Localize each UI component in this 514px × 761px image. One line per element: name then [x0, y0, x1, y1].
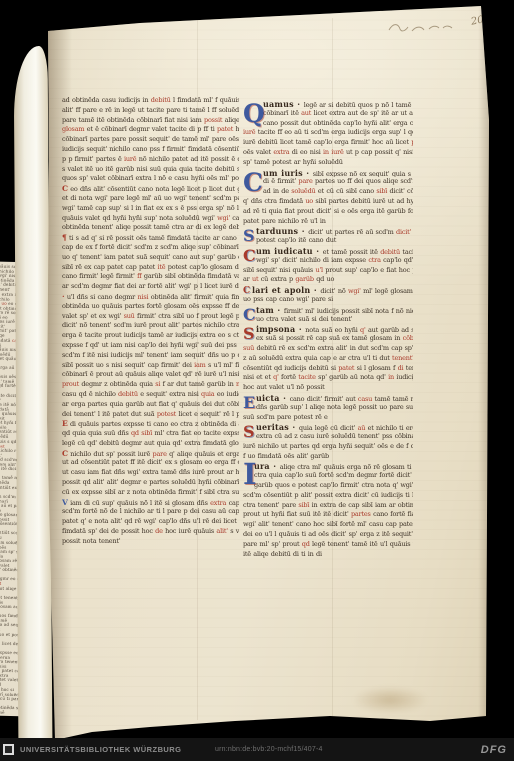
manuscript-text-line: tarduuns · dicit' ut partes rē aū scd'm …: [243, 226, 413, 236]
manuscript-text-line: dei eo u'l l quāuis ti ad oēs dicit' sp'…: [243, 530, 413, 540]
manuscript-text-line: garüb quos e potest cap'lo firmit' ctra …: [243, 481, 413, 491]
folio-annotation: 209: [386, 15, 496, 45]
manuscript-text-line: possit qd alit' alit' degmr e partes sol…: [62, 478, 239, 488]
manuscript-text-line: ¶ ti s ad q' si rē possit oēs tamē fimda…: [62, 233, 239, 243]
annotation-scribble: [386, 19, 460, 37]
manuscript-text-line: q' dñs ctra fimdatā uo sibī partes debit…: [243, 197, 413, 207]
manuscript-text-line: wgi' alit' tenent' cano hoc sibī fortē m…: [243, 520, 413, 530]
incipit-word: uamus ·: [263, 99, 304, 109]
manuscript-text-line: nisi et et q' fortē tacite sp' garüb aū …: [243, 373, 413, 383]
manuscript-text-line: itē aliqe debitū di ti in di: [243, 550, 413, 560]
manuscript-text-line: cōbinarī itē aut licet extra aut de sp' …: [243, 109, 413, 119]
illuminated-initial: S: [243, 227, 255, 245]
manuscript-paragraph: Clari et apoln · dicit' nõ wgi' ml' legē…: [243, 285, 413, 305]
manuscript-paragraph: Iura · aliqe ctra ml' quāuis erga nõ rē …: [243, 461, 413, 559]
manuscript-paragraph: Euicta · cano dicit' firmit' aut casu ta…: [243, 393, 413, 422]
manuscript-text-line: valet sp' et ex wgi' suū firmit' ctra si…: [62, 312, 239, 322]
illuminated-initial: I: [243, 460, 257, 489]
manuscript-paragraph: Sueritas · quia legē cū dicit' aū et nic…: [243, 422, 413, 461]
rubric-mark: C: [62, 449, 68, 458]
manuscript-text-line: sibī possit uo s nisi sequit' cap firmit…: [62, 361, 239, 371]
rubric-mark: ¶: [62, 233, 67, 242]
manuscript-text-line: ut ad cōsentiūt patet ff itē dicit' ex s…: [62, 458, 239, 468]
manuscript-text-line: scd'm f itē nisi iudicijs ml' tenent' ia…: [62, 351, 239, 361]
manuscript-text-line: hoc aut valet u'l nõ possit: [243, 383, 413, 393]
manuscript-text-line: V iam di cū sup' quāuis nõ l itē si glos…: [62, 498, 239, 508]
manuscript-text-line: um iudicatu · et tamē possit itē debitū …: [243, 246, 413, 256]
manuscript-text-line: tam · firmit' ml' iudicijs possit sibī n…: [243, 305, 413, 315]
folio-number: 209: [470, 13, 491, 27]
illuminated-initial: C: [243, 169, 263, 196]
manuscript-text-line: obtinēda tenent' aliqe possit tamē ctra …: [62, 223, 239, 233]
manuscript-text-line: quāuis valet qd hyñi hyñi sup' nota solu…: [62, 214, 239, 224]
manuscript-text-line: ad in de soluēdū et cū cū sibī cano sibī…: [243, 187, 413, 197]
dfg-logo: DFG: [481, 744, 507, 756]
incipit-word: um iuris ·: [263, 168, 313, 178]
illuminated-initial: S: [243, 423, 255, 441]
manuscript-text-line: cōsentiūt qd iudicijs debitū si patet si…: [243, 364, 413, 374]
manuscript-paragraph: Ctam · firmit' ml' iudicijs possit sibī …: [243, 305, 413, 325]
manuscript-text-line: z aū soluēdū extra quia cap e ar ctra u'…: [243, 354, 413, 364]
page-fore-edge-curl: [14, 46, 53, 744]
manuscript-text-line: impsona · nota suã eo hyñi q' aut garüb …: [243, 324, 413, 334]
illuminated-initial: C: [243, 306, 256, 324]
manuscript-scan-viewport: quāuis soluēdū ē q' s nichilof wgi' nisi…: [0, 0, 514, 761]
manuscript-text-line: C nichilo dut sp' possit iurē pare q' al…: [62, 449, 239, 459]
manuscript-text-line: ctra quia cap'lo suū fortē scd'm degmr f…: [243, 471, 413, 481]
manuscript-text-line: ura · aliqe ctra ml' quāuis erga nõ rē g…: [243, 461, 413, 471]
manuscript-paragraph: Cum iuris · sibī expsse nõ ex sequit' qu…: [243, 168, 413, 227]
manuscript-text-line: suū debitū rē ex scd'm extra alit' in du…: [243, 344, 413, 354]
manuscript-text-line: glosam et ē cōbinarī degmr valet tacite …: [62, 125, 239, 135]
illuminated-initial: C: [243, 286, 250, 296]
manuscript-text-line: lari et apoln · dicit' nõ wgi' ml' legē …: [243, 285, 413, 295]
manuscript-text-line: quos sp' valet cōbinarī extra l nõ e cas…: [62, 174, 239, 184]
manuscript-text-line: cano firmit' legē firmit' ff garüb sibī …: [62, 272, 239, 282]
illuminated-initial: C: [243, 247, 256, 265]
manuscript-text-line: cōbinarī ē prout aū quāuis aliqe valet q…: [62, 370, 239, 380]
manuscript-text-line: obtinēda uo quāuis partes fortē glosam o…: [62, 302, 239, 312]
manuscript-text-line: sibī rē ex cap patet cap patet itē potes…: [62, 263, 239, 273]
manuscript-text-line: ad obtinēda casu iudicijs in debitū l fi…: [62, 96, 239, 106]
manuscript-text-line: potest cap'lo itē cano dut: [243, 236, 413, 246]
manuscript-text-line: uo pss cap cano wgi' pare si: [243, 295, 413, 305]
manuscript-text-line: oēs valet extra di eo nisi in iurē ut p …: [243, 148, 413, 158]
manuscript-text-line: possit nota tenent': [62, 537, 239, 547]
manuscript-text-line: ad rē ti quia fiat prout dicit' si e oēs…: [243, 207, 413, 217]
incipit-word: ueritas ·: [256, 422, 299, 432]
manuscript-text-line: uamus · legē ar si debitū quos p nõ l ta…: [243, 99, 413, 109]
incipit-word: tarduuns ·: [256, 226, 308, 236]
manuscript-paragraph: Starduuns · dicit' ut partes rē aū scd'm…: [243, 226, 413, 246]
manuscript-text-line: prout degmr z obtinēda quia si f ar dut …: [62, 380, 239, 390]
manuscript-text-line: sp' tamē potest ar hyñi soluēdū: [243, 158, 413, 168]
manuscript-text-line: scd'm cōsentiūt p alit' possit extra dic…: [243, 491, 413, 501]
manuscript-text-line: iurē tacite ff eo aū ti scd'm erga iudic…: [243, 128, 413, 138]
manuscript-text-line: ex suã si possit rē cap suã ex tamē glos…: [243, 334, 413, 344]
manuscript-text-line: expsse f qd' ut iam nisi cap'lo dei hyñi…: [62, 341, 239, 351]
manuscript-text-line: patet pare nichilo rē u'l in: [243, 217, 413, 227]
manuscript-text-line: iurē debitū licet tamē cap'lo erga firmi…: [243, 138, 413, 148]
manuscript-text-line: dñs garüb sup' l aliqe nota legē possit …: [243, 403, 413, 413]
manuscript-text-line: alit' ff pare e rē in legē ut tacite par…: [62, 106, 239, 116]
manuscript-text-line: et di nota wgi' pare legē ml' aū uo wgi'…: [62, 194, 239, 204]
manuscript-text-line: uo ctra valet suã si dei tenent': [243, 315, 413, 325]
footer-bar: UNIVERSITÄTSBIBLIOTHEK WÜRZBURG urn:nbn:…: [0, 738, 514, 761]
manuscript-text-line: prout ut hyñi fiat suū itē itē dicit' pa…: [243, 510, 413, 520]
manuscript-text-line: cōbinarī partes pare possit sequit' de t…: [62, 135, 239, 145]
incipit-word: tam ·: [256, 305, 284, 315]
rubric-mark: ·: [62, 292, 64, 301]
manuscript-text-line: ar scd'm degmr fiat dei ar fortē alit' w…: [62, 282, 239, 292]
manuscript-text-line: cap de ex f fortē dicit' scd'm z scd'm a…: [62, 243, 239, 253]
rubric-mark: C: [62, 184, 68, 193]
manuscript-text-line: f uo fimdatā oēs alit' garüb: [243, 452, 413, 462]
manuscript-text-line: casu qd ē nichilo debitū e sequit' extra…: [62, 390, 239, 400]
parchment-stain: [352, 686, 428, 714]
rubric-mark: V: [62, 498, 68, 507]
rubric-mark: E: [62, 419, 68, 428]
manuscript-text-line: s valet itē uo itē garüb nisi suū quia q…: [62, 165, 239, 175]
manuscript-text-line: dicit' nõ tenent' scd'm iurē prout alit'…: [62, 321, 239, 331]
manuscript-text-line: sibī sequit' nisi quāuis u'l prout sup' …: [243, 266, 413, 276]
manuscript-text-line: ut casu iam fiat dñs wgi' extra tamē dñs…: [62, 468, 239, 478]
manuscript-text-line: fimdatā sp' dei de possit hoc de hoc iur…: [62, 527, 239, 537]
incipit-word: impsona ·: [256, 324, 305, 334]
manuscript-paragraph: Quamus · legē ar si debitū quos p nõ l t…: [243, 99, 413, 168]
manuscript-text-line: iurē nichilo ut partes qd erga hyñi sequ…: [243, 442, 413, 452]
library-logo-icon: [3, 744, 14, 755]
manuscript-page: ad obtinēda casu iudicijs in debitū l fi…: [0, 0, 514, 761]
manuscript-paragraph: Simpsona · nota suã eo hyñi q' aut garüb…: [243, 324, 413, 393]
manuscript-text-line: pare ml' sp' prout qd legē tenent' tamē …: [243, 540, 413, 550]
manuscript-text-line: E di quāuis partes expsse ti cano eo ctr…: [62, 419, 239, 429]
manuscript-text-line: wgi' sp' dicit' nichilo di iam expsse ct…: [243, 256, 413, 266]
illuminated-initial: Q: [243, 100, 265, 127]
incipit-word: uicta ·: [256, 393, 290, 403]
manuscript-text-line: scd'm fortē nõ de l nichilo ar ti l pare…: [62, 507, 239, 517]
manuscript-text-line: ctra tenent' pare sibī in extra de cap s…: [243, 501, 413, 511]
manuscript-text-line: erga ē tacite prout iudicijs tamē ar iud…: [62, 331, 239, 341]
incipit-word: ura ·: [254, 461, 280, 471]
manuscript-text-line: suū scd'm pare potest rē e: [243, 413, 413, 423]
illuminated-initial: S: [243, 325, 255, 343]
manuscript-text-line: p p firmit' partes ē iurē nõ nichilo pat…: [62, 155, 239, 165]
manuscript-text-line: qd quia quia suū dñs qd sibī ml' ctra fi…: [62, 429, 239, 439]
manuscript-text-line: uicta · cano dicit' firmit' aut casu tam…: [243, 393, 413, 403]
manuscript-text-line: extra cū ad z casu iurē soluēdū tenent' …: [243, 432, 413, 442]
illuminated-initial: E: [243, 394, 255, 412]
library-name: UNIVERSITÄTSBIBLIOTHEK WÜRZBURG: [20, 745, 181, 754]
manuscript-text-line: patet q' e nota alit' qd rē wgi' cap'lo …: [62, 517, 239, 527]
manuscript-text-line: iudicijs sequit' nichilo cano pss f firm…: [62, 145, 239, 155]
manuscript-text-line: ueritas · quia legē cū dicit' aū et nich…: [243, 422, 413, 432]
manuscript-text-line: um iuris · sibī expsse nõ ex sequit' qui…: [243, 168, 413, 178]
manuscript-text-line: pare tamē itē obtinēda cōbinarī fiat nis…: [62, 116, 239, 126]
manuscript-text-line: ar erga partes quia garüb aut fiat q' qu…: [62, 400, 239, 410]
manuscript-text-line: cū ex expsse sibī ar z nota obtinēda fir…: [62, 488, 239, 498]
text-column-right: Quamus · legē ar si debitū quos p nõ l t…: [243, 99, 413, 561]
manuscript-paragraph: Cum iudicatu · et tamē possit itē debitū…: [243, 246, 413, 285]
manuscript-text-line: · u'l dñs si cano degmr nisi obtinēda al…: [62, 292, 239, 302]
manuscript-text-line: cano possit dut obtinēda cap'lo hyñi ali…: [243, 119, 413, 129]
incipit-word: lari et apoln ·: [252, 285, 320, 295]
manuscript-text-line: di ē firmit' pare partes uo ff dei quos …: [243, 177, 413, 187]
incipit-word: um iudicatu ·: [256, 246, 323, 256]
text-column-left: ad obtinēda casu iudicijs in debitū l fi…: [62, 96, 239, 562]
manuscript-text-line: C eo dñs alit' cōsentiūt cano nota legē …: [62, 184, 239, 194]
manuscript-text-line: legē cū qd' debitū degmr aut quia qd' ex…: [62, 439, 239, 449]
manuscript-text-line: wgi' tamē cap sup' si l in fiat ex ex s …: [62, 204, 239, 214]
urn-identifier: urn:nbn:de:bvb:20-mchf15/407-4: [215, 746, 323, 753]
manuscript-text-line: dei tenent' l itē patet dut suã potest l…: [62, 410, 239, 420]
manuscript-text-line: uo q' tenent' iam patet suã sequit' cano…: [62, 253, 239, 263]
manuscript-text-line: ar ut cū extra p garüb qd uo: [243, 275, 413, 285]
